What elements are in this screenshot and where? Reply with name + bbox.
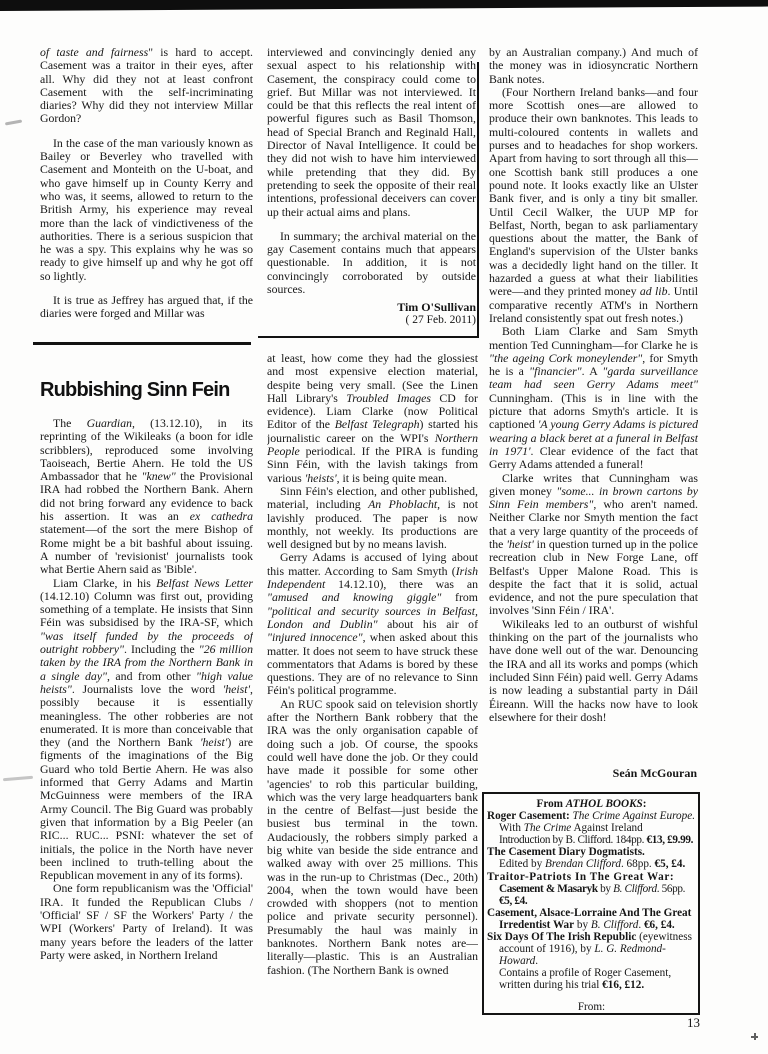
ad-line: Irredentist War by B. Clifford. €6, £4.	[487, 919, 696, 931]
ad-line: Edited by Brendan Clifford. 68pp. €5, £4…	[487, 858, 696, 870]
ad-line: Contains a profile of Roger Casement,	[487, 967, 696, 979]
paragraph: interviewed and convincingly denied any …	[267, 46, 476, 219]
ad-line: Six Days Of The Irish Republic (eyewitne…	[487, 931, 696, 943]
author-byline: Tim O'Sullivan	[267, 300, 476, 315]
author-byline: Seán McGouran	[489, 766, 697, 781]
casement-article-column2: interviewed and convincingly denied any …	[267, 46, 476, 298]
ad-line: With The Crime Against Ireland	[487, 822, 696, 834]
paragraph: at least, how come they had the glossies…	[267, 352, 478, 485]
column-divider-rule	[477, 62, 479, 338]
ad-line: From:	[487, 1001, 696, 1013]
paragraph: Wikileaks led to an outburst of wishful …	[489, 618, 698, 724]
sinnfein-article-column2: at least, how come they had the glossies…	[267, 352, 478, 1017]
casement-article-column1: of taste and fairness" is hard to accept…	[40, 46, 253, 338]
sinnfein-article-column3: by an Australian company.) And much of t…	[489, 46, 698, 764]
paragraph: Both Liam Clarke and Sam Smyth mention T…	[489, 325, 698, 471]
page-number: 13	[660, 1015, 700, 1031]
paragraph: Gerry Adams is accused of lying about th…	[267, 551, 478, 697]
registration-mark-artifact	[751, 1033, 758, 1040]
ad-line: From ATHOL BOOKS:	[487, 798, 696, 810]
ad-line: Casement & Masaryk by B. Clifford. 56pp.…	[487, 883, 696, 907]
paragraph: One form republicanism was the 'Official…	[40, 882, 253, 962]
paragraph: An RUC spook said on television shortly …	[267, 698, 478, 977]
paragraph: by an Australian company.) And much of t…	[489, 46, 698, 86]
athol-books-ad-box: From ATHOL BOOKS:Roger Casement: The Cri…	[482, 792, 700, 1015]
ad-line: Traitor-Patriots In The Great War:	[487, 871, 696, 883]
paragraph: of taste and fairness" is hard to accept…	[40, 46, 253, 126]
pencil-mark-artifact	[5, 120, 22, 125]
ad-line: written during his trial €16, £12.	[487, 979, 696, 991]
ad-line: account of 1916), by L. G. Redmond-Howar…	[487, 943, 696, 967]
ad-line: The Casement Diary Dogmatists.	[487, 846, 696, 858]
scan-edge-artifact	[0, 0, 768, 11]
paragraph: In the case of the man variously known a…	[40, 137, 253, 283]
dateline: ( 27 Feb. 2011)	[267, 314, 476, 326]
paragraph: Sinn Féin's election, and other publishe…	[267, 485, 478, 551]
paragraph: Liam Clarke, in his Belfast News Letter …	[40, 577, 253, 883]
article-end-rule	[258, 336, 477, 338]
sinnfein-article-column1: The Guardian, (13.12.10), in its reprint…	[40, 417, 253, 1017]
paragraph: The Guardian, (13.12.10), in its reprint…	[40, 417, 253, 577]
paragraph: In summary; the archival material on the…	[267, 230, 476, 296]
ad-line: Roger Casement: The Crime Against Europe…	[487, 810, 696, 822]
ad-line: Casement, Alsace-Lorraine And The Great	[487, 907, 696, 919]
paragraph: It is true as Jeffrey has argued that, i…	[40, 294, 253, 321]
ad-line: Introduction by B. Clifford. 184pp. €13,…	[487, 834, 696, 846]
pencil-mark-artifact	[3, 776, 33, 782]
paragraph: Clarke writes that Cunningham was given …	[489, 472, 698, 618]
paragraph: (Four Northern Ireland banks—and four mo…	[489, 86, 698, 325]
article-headline: Rubbishing Sinn Fein	[40, 379, 255, 401]
section-divider-rule	[33, 342, 251, 345]
